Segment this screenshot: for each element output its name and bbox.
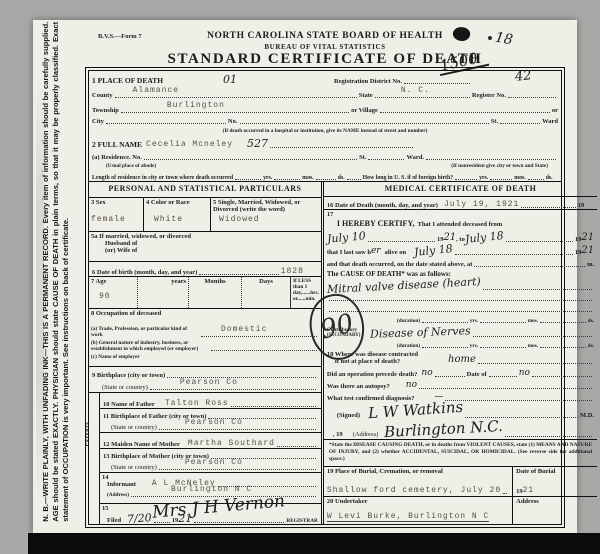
certify-number: 17 bbox=[327, 211, 594, 218]
birthplace-state-line: Pearson Co bbox=[150, 371, 316, 390]
bureau-title: BUREAU OF VITAL STATISTICS bbox=[88, 43, 562, 51]
occupation-label: 8 Occupation of deceased bbox=[91, 310, 319, 317]
certificate-paper: N. B.—WRITE PLAINLY, WITH UNFADING INK—T… bbox=[33, 20, 577, 533]
burial-date-label: Date of Burial bbox=[516, 468, 594, 475]
race-cell: 4 Color or Race White bbox=[144, 198, 211, 232]
full-name-label: 2 FULL NAME bbox=[92, 140, 142, 149]
residence-ward-line bbox=[426, 159, 556, 160]
informant-address-value: Burlington N C bbox=[171, 485, 252, 494]
parents-side-label: Parents bbox=[89, 393, 100, 524]
duration1-ds: ds. bbox=[588, 318, 594, 324]
occupation-c-label: (c) Name of employer bbox=[91, 354, 319, 360]
scan-black-bar bbox=[28, 533, 600, 554]
occupation-b-label: (b) General nature of industry, business… bbox=[91, 340, 209, 352]
father-name-row: 10 Name of Father Talton Ross bbox=[100, 393, 321, 409]
undertaker-row: 20 Undertaker W Levi Burke, Burlington N… bbox=[324, 497, 597, 524]
father-line bbox=[231, 406, 316, 407]
certificate-title: STANDARD CERTIFICATE OF DEATH bbox=[88, 51, 562, 68]
age-years-label: years bbox=[140, 278, 186, 285]
city-st-line bbox=[500, 123, 540, 124]
mother-name-row: 12 Maiden Name of Mother Martha Southard bbox=[100, 433, 321, 449]
village-line bbox=[380, 112, 550, 113]
age-months-cell: Months bbox=[189, 277, 242, 309]
occurred-label: and that death occurred, on the date sta… bbox=[327, 261, 473, 268]
residence-ward-label: Ward. bbox=[406, 154, 424, 161]
residence-st-line bbox=[368, 159, 404, 160]
dob-line bbox=[199, 274, 278, 275]
dod-19: 19 bbox=[578, 202, 585, 209]
parents-block: Parents 10 Name of Father Talton Ross 11… bbox=[89, 393, 321, 524]
marital-cell: 5 Single, Married, Widowed, or Divorced … bbox=[211, 198, 321, 232]
certify-block: 17 I HEREBY CERTIFY, That I attended dec… bbox=[324, 210, 597, 350]
registrar-label: REGISTRAR bbox=[286, 518, 318, 524]
m-label: m. bbox=[587, 261, 594, 268]
ink-dot bbox=[488, 36, 492, 40]
undertaker-value: W Levi Burke, Burlington N C bbox=[327, 513, 489, 522]
mother-value: Martha Southard bbox=[188, 440, 275, 448]
age-days-label: Days bbox=[244, 278, 288, 285]
residence-label: (a) Residence. No. bbox=[92, 154, 142, 161]
village-label: or Village bbox=[351, 107, 378, 114]
undertaker-label: 20 Undertaker bbox=[327, 498, 509, 505]
operation-label: Did an operation precede death? bbox=[327, 371, 418, 378]
medical-heading: MEDICAL CERTIFICATE OF DEATH bbox=[324, 182, 597, 197]
where-label2: if not at place of death? bbox=[335, 358, 418, 365]
city-ward-label: Ward bbox=[542, 118, 558, 125]
personal-heading: PERSONAL AND STATISTICAL PARTICULARS bbox=[89, 182, 321, 198]
attended-from-date: July 10 bbox=[326, 230, 366, 244]
burial-place-cell: 19 Place of Burial, Cremation, or remova… bbox=[324, 467, 513, 496]
certify-rest: That I attended deceased from bbox=[417, 221, 502, 228]
cause-blank-line-2 bbox=[329, 311, 592, 312]
register-no-line bbox=[508, 97, 556, 98]
lastsaw-year: 21 bbox=[581, 246, 594, 256]
date-of-death-row: 16 Date of Death (month, day, and year) … bbox=[324, 197, 597, 210]
signed-address-value: Burlington N.C. bbox=[384, 417, 504, 441]
race-label: 4 Color or Race bbox=[146, 199, 208, 206]
autopsy-label: Was there an autopsy? bbox=[327, 383, 390, 390]
certify-bold: I HEREBY CERTIFY, bbox=[337, 219, 415, 228]
foreign-birth-label: How long in U. S. if of foreign birth? bbox=[363, 175, 453, 181]
nonresident-note: (If nonresident give city or town and St… bbox=[451, 163, 548, 169]
date-of-label: Date of bbox=[467, 371, 487, 378]
city-label: City bbox=[92, 118, 104, 125]
residence-line bbox=[144, 159, 357, 160]
or-label: or bbox=[552, 107, 558, 114]
occupation-a-label: (a) Trade, Profession, or particular kin… bbox=[91, 326, 199, 338]
county-label: County bbox=[92, 92, 113, 99]
lastsaw-label: that I last saw h bbox=[327, 249, 371, 256]
foreign-ds: ds. bbox=[546, 175, 553, 181]
occupation-b-line bbox=[211, 350, 317, 351]
title-standard: STANDARD bbox=[168, 51, 268, 67]
residence-st-label: St. bbox=[359, 154, 366, 161]
city-no-label: No. bbox=[228, 118, 238, 125]
corner-number-handwritten: 18 bbox=[494, 31, 514, 48]
register-no-label: Register No. bbox=[472, 92, 506, 99]
duration1-yrs: yrs. bbox=[470, 318, 478, 324]
township-value: Burlington bbox=[167, 101, 225, 110]
burial-row: 19 Place of Burial, Cremation, or remova… bbox=[324, 467, 597, 497]
place-of-death-section: 1 PLACE OF DEATH 01 Registration Distric… bbox=[89, 71, 561, 134]
undertaker-address-label: Address bbox=[516, 498, 594, 505]
birthplace-row: 9 Birthplace (city or town) (State or co… bbox=[89, 367, 321, 393]
form-columns: PERSONAL AND STATISTICAL PARTICULARS 3 S… bbox=[89, 182, 561, 524]
age-less-label: If LESS than 1 day,......hrs. or......mi… bbox=[293, 278, 319, 302]
duration-label-1: (duration) bbox=[397, 318, 420, 324]
filed-row: 15 Filed 7/20 19 21 REGISTRAR bbox=[100, 504, 321, 524]
township-line: Burlington bbox=[121, 94, 349, 113]
autopsy-value: no bbox=[406, 381, 417, 390]
margin-instructions: N. B.—WRITE PLAINLY, WITH UNFADING INK—T… bbox=[41, 22, 71, 522]
race-value: White bbox=[154, 216, 208, 224]
contributory-value: Disease of Nerves bbox=[370, 325, 471, 340]
duration2-ds: ds. bbox=[588, 343, 594, 349]
to-label: , to bbox=[456, 236, 465, 243]
mother-bp-state-line: Pearson Co bbox=[159, 451, 316, 470]
sex-race-marital-row: 3 Sex female 4 Color or Race White 5 Sin… bbox=[89, 198, 321, 233]
dod-label: 16 Date of Death (month, day, and year) bbox=[327, 202, 438, 209]
township-label: Township bbox=[92, 107, 119, 114]
signed-address-label: (Address) bbox=[353, 431, 379, 438]
date-of-birth-row: 6 Date of birth (month, day, and year) 1… bbox=[89, 262, 321, 277]
age-value: 90 bbox=[99, 293, 135, 301]
age-row: 7 Age 90 years Months Days bbox=[89, 277, 321, 310]
burial-label: 19 Place of Burial, Cremation, or remova… bbox=[327, 468, 509, 475]
married-widowed-row: 5a If married, widowed, or divorced Husb… bbox=[89, 232, 321, 262]
burial-value: Shallow ford cemetery, bbox=[327, 487, 455, 495]
alive-label: alive on bbox=[385, 249, 407, 256]
age-months-label: Months bbox=[191, 278, 239, 285]
age-years-cell: years bbox=[138, 277, 189, 309]
city-no-line bbox=[240, 123, 489, 124]
birthplace-state-label: (State or country) bbox=[102, 384, 148, 391]
personal-column: PERSONAL AND STATISTICAL PARTICULARS 3 S… bbox=[89, 182, 321, 524]
dod-value: July 19, 1921 bbox=[444, 201, 519, 209]
length-yrs: yrs. bbox=[263, 175, 272, 181]
full-name-section: 2 FULL NAME Cecelia Mcneley 527 (a) Resi… bbox=[89, 134, 561, 182]
informant-address-line: Burlington N C bbox=[131, 478, 316, 497]
footnote-block: *State the DISEASE CAUSING DEATH, or in … bbox=[324, 439, 597, 467]
length-ds: ds. bbox=[338, 175, 345, 181]
length-residence-label: Length of residence in city or town wher… bbox=[92, 175, 233, 181]
filed-line bbox=[194, 522, 284, 523]
cause-blank-line-1 bbox=[329, 300, 592, 301]
operation-date-value: no bbox=[519, 369, 530, 378]
certificate-form: 1 PLACE OF DEATH 01 Registration Distric… bbox=[88, 70, 562, 525]
abode-note: (Usual place of abode) bbox=[106, 163, 156, 169]
father-bp-state-line: Pearson Co bbox=[159, 411, 316, 430]
signed-label: (Signed) bbox=[337, 412, 360, 419]
operation-value: no bbox=[421, 369, 432, 378]
duration-label-2: (duration) bbox=[397, 343, 420, 349]
foreign-yrs: yrs. bbox=[479, 175, 488, 181]
name-number-handwritten: 527 bbox=[247, 138, 268, 149]
sex-cell: 3 Sex female bbox=[89, 198, 144, 232]
mother-line bbox=[277, 446, 316, 447]
test-label: What test confirmed diagnosis? bbox=[327, 395, 415, 402]
age-label: 7 Age bbox=[91, 278, 135, 285]
footnote-text: *State the DISEASE CAUSING DEATH, or in … bbox=[329, 442, 592, 464]
duration2-mos: mos. bbox=[528, 343, 538, 349]
foreign-mos: mos. bbox=[514, 175, 525, 181]
dob-value: 1828 bbox=[281, 268, 304, 276]
burial-date-cell: Date of Burial 19 21 bbox=[513, 467, 597, 496]
state-value: N. C. bbox=[401, 86, 430, 95]
full-name-value: Cecelia Mcneley bbox=[146, 141, 233, 149]
occupation-a-line: Domestic bbox=[201, 318, 317, 337]
father-bp-value: Pearson Co bbox=[185, 418, 243, 427]
state-label: State bbox=[359, 92, 373, 99]
marital-label: 5 Single, Married, Widowed, or Divorced … bbox=[213, 199, 319, 213]
sex-value: female bbox=[91, 216, 141, 224]
sex-label: 3 Sex bbox=[91, 199, 141, 206]
disease-questions-block: 18 Where was disease contracted if not a… bbox=[324, 350, 597, 439]
birthplace-value: Pearson Co bbox=[180, 378, 238, 387]
lastsaw-hand: er bbox=[371, 247, 381, 256]
state-line: N. C. bbox=[375, 79, 470, 98]
wife-of-label: (or) Wife of bbox=[105, 247, 319, 254]
medical-column: MEDICAL CERTIFICATE OF DEATH 16 Date of … bbox=[321, 182, 597, 524]
duration2-yrs: yrs. bbox=[470, 343, 478, 349]
where-value: home bbox=[448, 355, 476, 365]
mother-bp-state-label: (State or country) bbox=[111, 464, 157, 471]
occupation-a-value: Domestic bbox=[221, 325, 267, 334]
to-year: 21 bbox=[581, 233, 594, 243]
duration1-mos: mos. bbox=[528, 318, 538, 324]
parents-label-text: Parents bbox=[84, 422, 90, 447]
dod-line bbox=[521, 207, 575, 208]
filed-label: Filed bbox=[107, 517, 121, 524]
filed-date-handwritten: 7/20 bbox=[127, 512, 152, 525]
husband-of-label: Husband of bbox=[105, 240, 319, 247]
burial-year: 21 bbox=[523, 487, 535, 495]
death-certificate-scan: N. B.—WRITE PLAINLY, WITH UNFADING INK—T… bbox=[0, 0, 600, 554]
father-label: 10 Name of Father bbox=[103, 401, 155, 408]
dob-label: 6 Date of birth (month, day, and year) bbox=[92, 269, 197, 276]
undertaker-cell: 20 Undertaker W Levi Burke, Burlington N… bbox=[324, 497, 513, 524]
marital-value: Widowed bbox=[219, 216, 319, 224]
md-label: M.D. bbox=[580, 412, 594, 419]
mother-bp-value: Pearson Co bbox=[185, 458, 243, 467]
undertaker-address-cell: Address bbox=[513, 497, 597, 524]
age-cell: 7 Age 90 bbox=[89, 277, 138, 309]
full-name-line bbox=[270, 147, 413, 148]
mother-birthplace-row: 13 Birthplace of Mother (city or town) (… bbox=[100, 449, 321, 473]
father-bp-state-label: (State or country) bbox=[111, 424, 157, 431]
city-st-label: St. bbox=[491, 118, 498, 125]
burial-date-value: July 20 bbox=[461, 487, 502, 495]
father-value: Talton Ross bbox=[165, 400, 229, 408]
occupation-row: 8 Occupation of deceased (a) Trade, Prof… bbox=[89, 309, 321, 367]
age-days-cell: Days bbox=[242, 277, 291, 309]
mother-label: 12 Maiden Name of Mother bbox=[103, 441, 180, 448]
marital2-label: 5a If married, widowed, or divorced bbox=[91, 233, 319, 240]
length-mos: mos. bbox=[302, 175, 313, 181]
city-line bbox=[106, 123, 226, 124]
informant-address-label: (Address) bbox=[107, 492, 129, 498]
father-birthplace-row: 11 Birthplace of Father (city or town) (… bbox=[100, 409, 321, 433]
signed-year-prefix: , 19 bbox=[333, 431, 343, 438]
